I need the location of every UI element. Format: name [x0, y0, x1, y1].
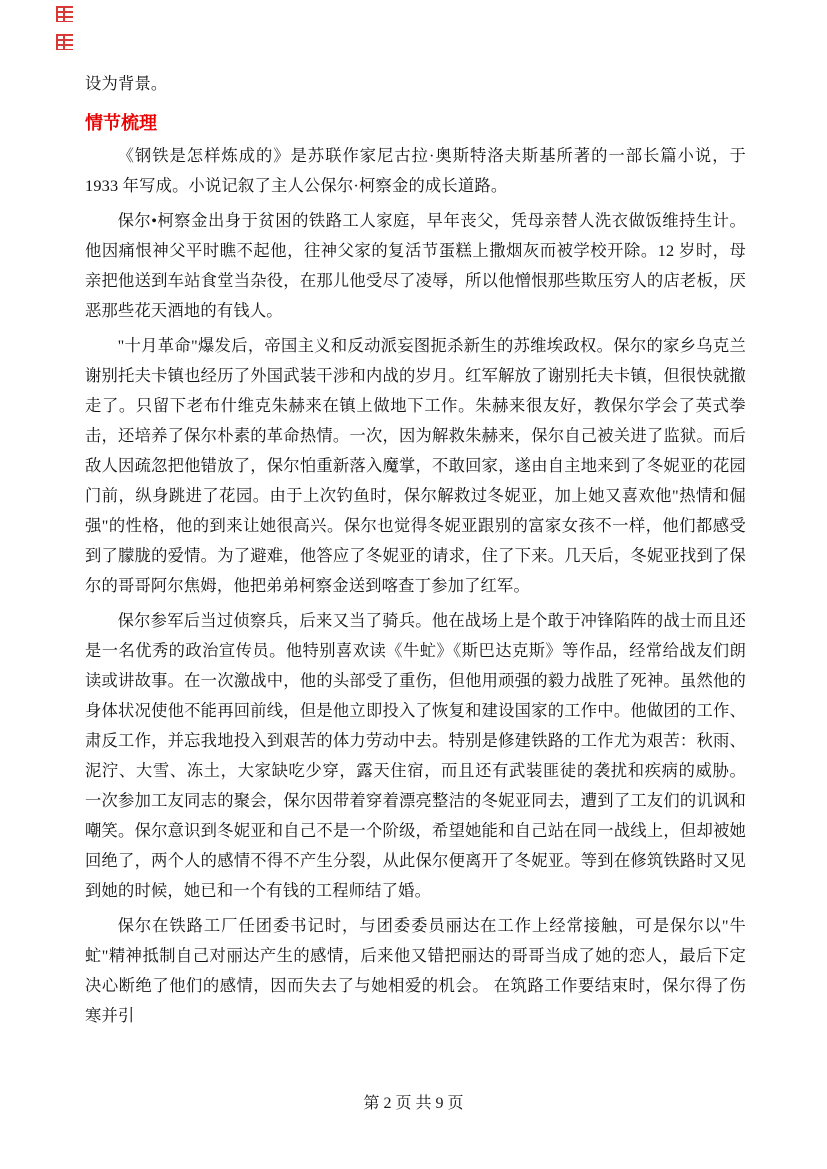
page-body: 设为背景。 情节梳理 《钢铁是怎样炼成的》是苏联作家尼古拉·奥斯特洛夫斯基所著的… — [85, 69, 746, 1031]
paragraph-army-and-tonia: 保尔参军后当过侦察兵，后来又当了骑兵。他在战场上是个敢于冲锋陷阵的战士而且还是一… — [85, 606, 746, 906]
red-artifact-mark-bottom — [56, 34, 73, 50]
paragraph-rita: 保尔在铁路工厂任团委书记时，与团委委员丽达在工作上经常接触，可是保尔以"牛虻"精… — [85, 911, 746, 1031]
document-page: 设为背景。 情节梳理 《钢铁是怎样炼成的》是苏联作家尼古拉·奥斯特洛夫斯基所著的… — [0, 0, 827, 1169]
continuation-paragraph: 设为背景。 — [85, 69, 746, 99]
red-artifact-mark-top — [56, 6, 73, 22]
page-number-footer: 第 2 页 共 9 页 — [0, 1092, 827, 1116]
paragraph-october-revolution: "十月革命"爆发后，帝国主义和反动派妄图扼杀新生的苏维埃政权。保尔的家乡乌克兰谢… — [85, 331, 746, 601]
paragraph-childhood: 保尔•柯察金出身于贫困的铁路工人家庭，早年丧父，凭母亲替人洗衣做饭维持生计。他因… — [85, 206, 746, 326]
paragraph-novel-intro: 《钢铁是怎样炼成的》是苏联作家尼古拉·奥斯特洛夫斯基所著的一部长篇小说，于 19… — [85, 141, 746, 201]
section-heading: 情节梳理 — [85, 110, 746, 136]
